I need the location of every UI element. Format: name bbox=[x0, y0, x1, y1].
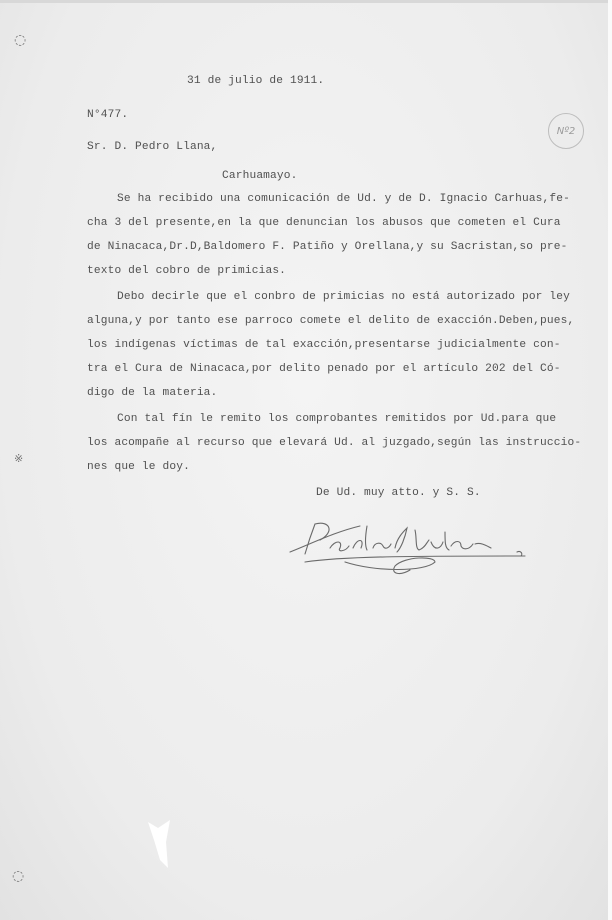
paragraph-1-line: Se ha recibido una comunicación de Ud. y… bbox=[117, 193, 570, 205]
punch-hole-mark-icon: ◌ bbox=[12, 868, 24, 884]
paper-tear-mark bbox=[148, 820, 174, 870]
paragraph-3-line: los acompañe al recurso que elevará Ud. … bbox=[87, 437, 581, 449]
letter-recipient-location: Carhuamayo. bbox=[222, 170, 298, 182]
paragraph-2-line: alguna,y por tanto ese parroco comete el… bbox=[87, 315, 574, 327]
punch-hole-mark-icon: ◌ bbox=[14, 32, 26, 48]
letter-date: 31 de julio de 1911. bbox=[187, 75, 324, 87]
paragraph-1-line: texto del cobro de primicias. bbox=[87, 265, 286, 277]
paragraph-1-line: de Ninacaca,Dr.D,Baldomero F. Patiño y O… bbox=[87, 241, 567, 253]
letter-recipient: Sr. D. Pedro Llana, bbox=[87, 141, 217, 153]
handwritten-signature bbox=[285, 512, 535, 582]
page-right-edge bbox=[608, 0, 612, 920]
paragraph-2-line: tra el Cura de Ninacaca,por delito penad… bbox=[87, 363, 561, 375]
paragraph-2-line: Debo decirle que el conbro de primicias … bbox=[117, 291, 570, 303]
paragraph-2-line: digo de la materia. bbox=[87, 387, 217, 399]
archive-stamp: Nº2 bbox=[548, 113, 584, 149]
page-top-edge bbox=[0, 0, 612, 3]
paragraph-3-line: nes que le doy. bbox=[87, 461, 190, 473]
stamp-number: Nº2 bbox=[557, 126, 576, 137]
paragraph-2-line: los indígenas víctimas de tal exacción,p… bbox=[87, 339, 561, 351]
paragraph-3-line: Con tal fín le remito los comprobantes r… bbox=[117, 413, 556, 425]
scanned-letter-page: ◌ ※ ◌ Nº2 31 de julio de 1911. N°477. Sr… bbox=[0, 0, 612, 920]
paragraph-1-line: cha 3 del presente,en la que denuncian l… bbox=[87, 217, 561, 229]
letter-closing: De Ud. muy atto. y S. S. bbox=[316, 487, 481, 499]
letter-reference-number: N°477. bbox=[87, 109, 128, 121]
binding-mark-icon: ※ bbox=[14, 452, 23, 465]
